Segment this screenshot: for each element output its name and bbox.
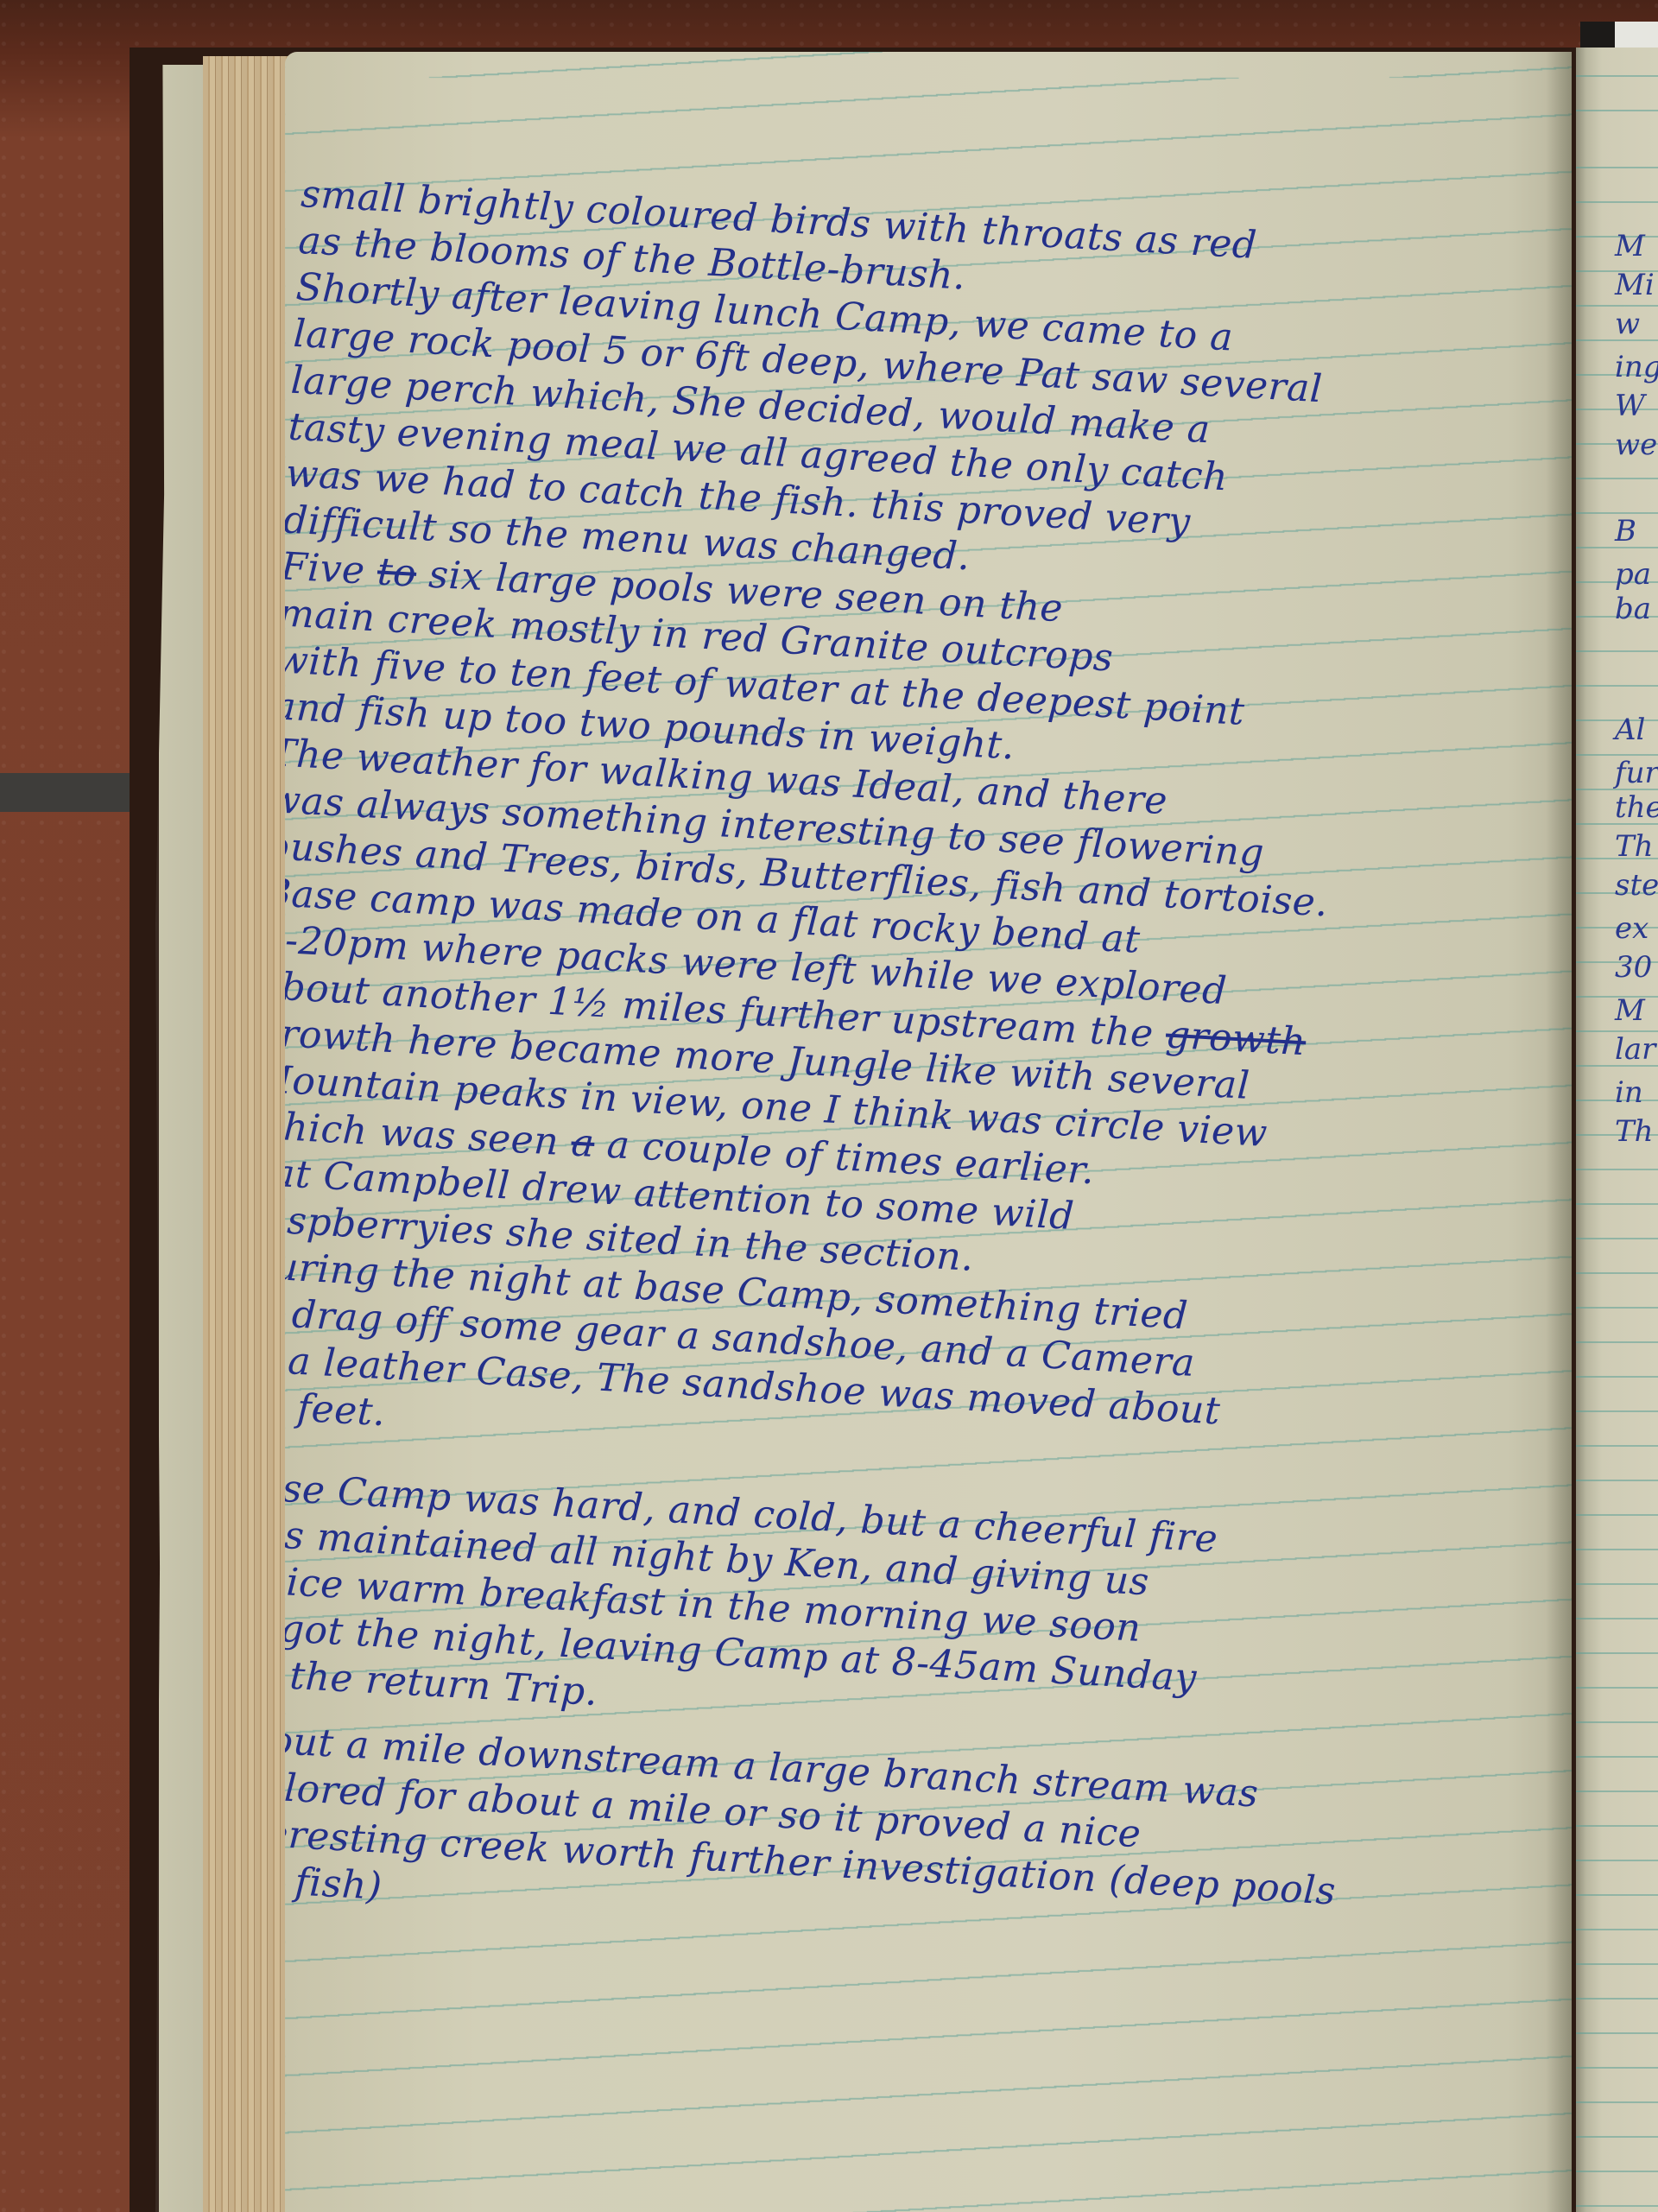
right-page-fragment: ing xyxy=(1615,350,1658,384)
handwritten-text-block: small brightly coloured birds with throa… xyxy=(285,171,1561,1969)
right-page-fragment: B xyxy=(1615,514,1636,548)
left-notebook-page: small brightly coloured birds with throa… xyxy=(285,52,1572,2212)
page-stack-edges xyxy=(203,56,289,2212)
right-notebook-page: MMiwingWweBpabaAlfurtheThsteex30MlarinTh xyxy=(1576,48,1658,2212)
right-page-fragment: in xyxy=(1615,1075,1643,1110)
right-page-fragment: pa xyxy=(1615,557,1651,592)
cover-corner-dark xyxy=(1580,22,1615,48)
right-page-fragment: ba xyxy=(1615,592,1651,626)
right-page-fragment: lar xyxy=(1615,1032,1655,1067)
struck-word: growth xyxy=(1165,1013,1307,1065)
right-page-fragment: ex xyxy=(1615,911,1649,946)
brick-mortar-line xyxy=(0,773,130,812)
right-page-fragment: W xyxy=(1615,389,1645,423)
right-page-fragment: Al xyxy=(1615,713,1645,747)
right-page-fragment: fur xyxy=(1615,756,1658,790)
right-page-fragment: Mi xyxy=(1615,268,1655,302)
struck-word: to xyxy=(377,549,418,595)
right-page-fragment: Th xyxy=(1615,829,1654,864)
struck-word: a xyxy=(570,1121,595,1166)
cover-corner-light xyxy=(1615,22,1658,48)
right-page-fragment: Th xyxy=(1615,1114,1654,1149)
right-page-fragment: the xyxy=(1615,790,1658,825)
right-page-fragment: M xyxy=(1615,229,1645,263)
right-page-fragment: 30 xyxy=(1615,950,1652,985)
right-page-fragment: we xyxy=(1615,428,1657,462)
right-page-fragment: ste xyxy=(1615,868,1658,903)
right-page-fragment: M xyxy=(1615,993,1645,1028)
right-page-fragment: w xyxy=(1615,307,1640,341)
